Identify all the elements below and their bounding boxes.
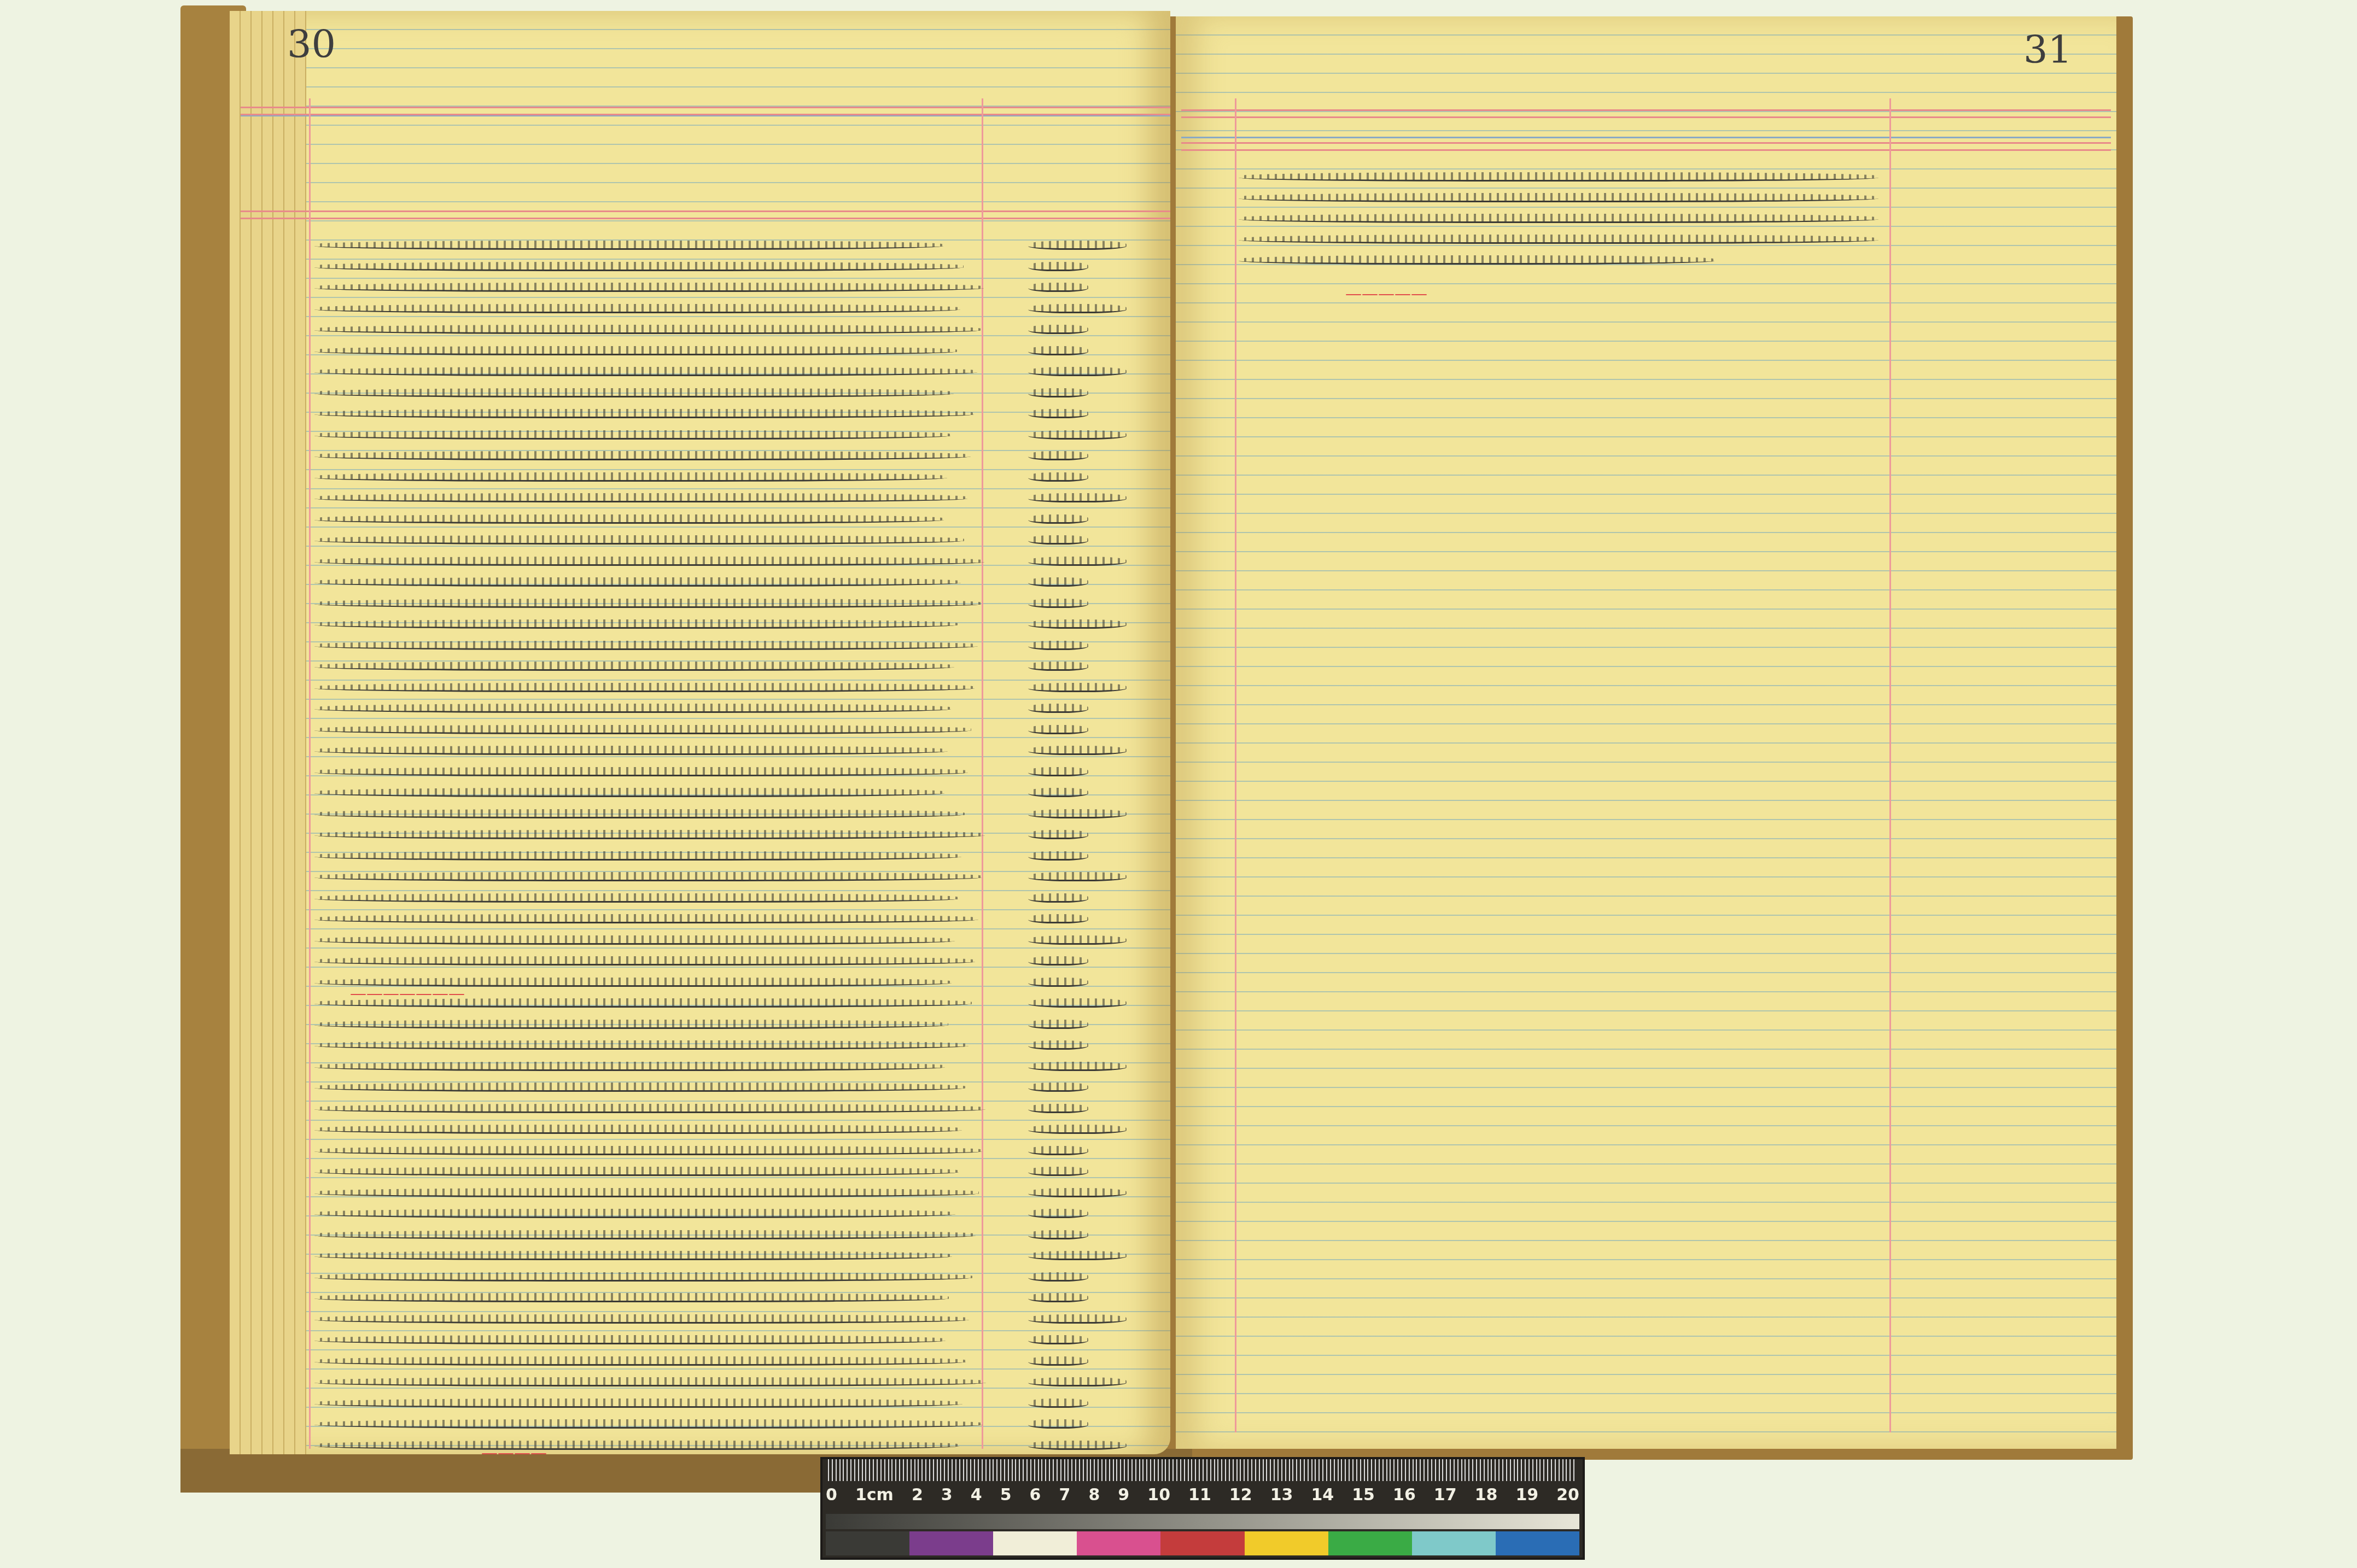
ruler-label: 1cm (855, 1485, 894, 1507)
left-red-footer: ———— (481, 1443, 547, 1462)
color-patch (1077, 1531, 1160, 1555)
handwritten-line (314, 725, 971, 734)
ruler-label: 15 (1352, 1485, 1375, 1507)
amount-entry (1028, 1441, 1127, 1450)
color-patch (1328, 1531, 1412, 1555)
handwritten-line (314, 1104, 985, 1113)
amount-entry (1028, 493, 1127, 502)
amount-entry (1028, 998, 1127, 1008)
amount-entry (1028, 809, 1127, 818)
color-patch (1160, 1531, 1244, 1555)
page-edges (230, 11, 306, 1454)
color-patch (909, 1531, 993, 1555)
amount-entry (1028, 1293, 1088, 1302)
handwritten-line (314, 1441, 959, 1450)
amount-entry (1028, 683, 1127, 692)
amount-entry (1028, 935, 1127, 945)
amount-entry (1028, 893, 1088, 903)
handwritten-line (314, 872, 982, 881)
ruler-label: 3 (941, 1485, 953, 1507)
amount-entry (1028, 283, 1088, 292)
amount-entry (1028, 262, 1088, 271)
amount-entry (1028, 1125, 1127, 1134)
right-red-signature: ————— (1345, 284, 1427, 303)
amount-entry (1028, 1399, 1088, 1408)
handwritten-line (314, 1230, 976, 1239)
handwritten-line (314, 1314, 969, 1324)
amount-entry (1028, 725, 1088, 734)
left-page-number: 30 (287, 22, 336, 67)
amount-entry (1028, 1209, 1088, 1218)
amount-entry (1028, 830, 1088, 839)
ruler-label: 0 (826, 1485, 837, 1507)
amount-entry (1028, 1272, 1088, 1282)
handwritten-line (314, 830, 985, 839)
amount-entry (1028, 599, 1088, 608)
right-page-number: 31 (2023, 27, 2072, 72)
handwritten-line (314, 788, 944, 797)
handwritten-line (314, 409, 974, 418)
amount-entry (1028, 662, 1088, 671)
amount-entry (1028, 1083, 1088, 1092)
handwritten-line (314, 367, 977, 376)
handwritten-line (314, 1083, 965, 1092)
handwritten-line (314, 641, 978, 650)
ruler-label: 13 (1270, 1485, 1293, 1507)
handwritten-line (314, 1293, 949, 1302)
grayscale-strip (826, 1514, 1579, 1529)
handwritten-line (314, 514, 944, 524)
amount-entry (1028, 704, 1088, 713)
handwritten-line (1239, 214, 1878, 223)
ruler-label: 2 (912, 1485, 923, 1507)
ruler-label: 7 (1059, 1485, 1071, 1507)
amount-entry (1028, 304, 1127, 313)
handwritten-line (314, 683, 975, 692)
handwritten-line (314, 599, 981, 608)
handwritten-line (314, 1020, 948, 1029)
scale-ruler: 01cm234567891011121314151617181920 (820, 1457, 1585, 1560)
amount-entry (1028, 619, 1127, 629)
amount-entry (1028, 1040, 1088, 1050)
amount-entry (1028, 1020, 1088, 1029)
color-patch (993, 1531, 1077, 1555)
amount-entry (1028, 1377, 1127, 1386)
handwritten-line (314, 1209, 955, 1218)
amount-entry (1028, 430, 1127, 440)
right-column-line (1889, 98, 1891, 1432)
amount-entry (1028, 851, 1088, 861)
handwritten-line (314, 1356, 966, 1366)
left-red-section-heading: ——————— (350, 984, 465, 1003)
handwritten-line (314, 557, 984, 566)
handwritten-line (314, 388, 954, 397)
amount-entry (1028, 388, 1088, 397)
color-patch (1245, 1531, 1328, 1555)
handwritten-line (314, 893, 958, 903)
ruler-label: 17 (1434, 1485, 1457, 1507)
handwritten-line (314, 430, 950, 440)
handwritten-line (314, 809, 965, 818)
handwritten-line (314, 1377, 986, 1386)
amount-entry (1028, 577, 1088, 587)
handwritten-line (1239, 193, 1878, 202)
amount-entry (1028, 767, 1088, 776)
handwritten-line (314, 935, 955, 945)
ruler-label: 12 (1229, 1485, 1252, 1507)
ruler-label: 4 (971, 1485, 982, 1507)
handwritten-line (314, 493, 967, 502)
amount-entry (1028, 746, 1127, 755)
handwritten-line (314, 472, 947, 482)
amount-entry (1028, 1419, 1088, 1429)
color-patches (826, 1531, 1579, 1555)
handwritten-line (314, 325, 981, 334)
handwritten-line (314, 262, 964, 271)
handwritten-line (314, 283, 984, 292)
handwritten-line (1239, 172, 1878, 182)
amount-entry (1028, 1314, 1127, 1324)
amount-entry (1028, 1356, 1088, 1366)
handwritten-line (1239, 255, 1714, 265)
handwritten-line (314, 241, 943, 250)
right-margin-line (1235, 98, 1236, 1432)
handwritten-line (314, 1251, 952, 1260)
amount-entry (1028, 788, 1088, 797)
ruler-label: 5 (1000, 1485, 1012, 1507)
handwritten-line (314, 914, 978, 923)
amount-entry (1028, 1188, 1127, 1197)
amount-entry (1028, 914, 1088, 923)
handwritten-line (314, 1125, 962, 1134)
amount-entry (1028, 1251, 1127, 1260)
amount-entry (1028, 409, 1088, 418)
amount-entry (1028, 872, 1127, 881)
ruler-label: 9 (1118, 1485, 1129, 1507)
handwritten-line (314, 746, 948, 755)
handwritten-line (314, 1335, 946, 1344)
handwritten-line (314, 535, 964, 545)
handwritten-line (314, 1188, 979, 1197)
handwritten-line (314, 704, 951, 713)
handwritten-line (314, 767, 968, 776)
handwritten-line (314, 1062, 945, 1071)
amount-entry (1028, 367, 1127, 376)
handwritten-line (314, 304, 960, 313)
handwritten-line (314, 577, 961, 587)
color-patch (1412, 1531, 1496, 1555)
ruler-label: 18 (1475, 1485, 1498, 1507)
handwritten-line (314, 1040, 969, 1050)
amount-entry (1028, 1335, 1088, 1344)
handwritten-line (314, 851, 961, 861)
handwritten-line (314, 451, 971, 460)
amount-entry (1028, 346, 1088, 355)
handwritten-line (314, 956, 975, 966)
handwritten-line (314, 619, 958, 629)
amount-entry (1028, 1062, 1127, 1071)
amount-entry (1028, 1146, 1088, 1155)
amount-entry (1028, 641, 1088, 650)
ruler-ticks (828, 1459, 1577, 1481)
handwritten-line (314, 1272, 972, 1282)
ruler-label: 16 (1393, 1485, 1416, 1507)
handwritten-line (314, 1399, 962, 1408)
amount-entry (1028, 535, 1088, 545)
amount-entry (1028, 472, 1088, 482)
right-page (1176, 16, 2116, 1449)
handwritten-line (314, 1419, 983, 1429)
amount-entry (1028, 325, 1088, 334)
amount-entry (1028, 1104, 1088, 1113)
color-patch (1496, 1531, 1579, 1555)
right-red-rule-bottom (1181, 142, 2111, 151)
ruler-labels: 01cm234567891011121314151617181920 (822, 1485, 1583, 1507)
ruler-label: 20 (1556, 1485, 1579, 1507)
ruler-label: 11 (1188, 1485, 1211, 1507)
handwritten-line (314, 346, 957, 355)
ruler-label: 6 (1030, 1485, 1041, 1507)
left-margin-line (309, 98, 311, 1449)
amount-entry (1028, 557, 1127, 566)
right-header-rule (1181, 115, 2111, 138)
amount-entry (1028, 978, 1088, 987)
ruler-label: 14 (1311, 1485, 1334, 1507)
ruler-label: 10 (1147, 1485, 1170, 1507)
handwritten-line (1239, 235, 1878, 244)
color-patch (826, 1531, 909, 1555)
amount-entry (1028, 451, 1088, 460)
amount-entry (1028, 1230, 1088, 1239)
ruler-label: 19 (1515, 1485, 1538, 1507)
amount-entry (1028, 241, 1127, 250)
amount-entry (1028, 1167, 1088, 1176)
left-column-line (982, 98, 983, 1449)
left-red-rule-bottom (241, 210, 1170, 219)
amount-entry (1028, 514, 1088, 524)
handwritten-line (314, 662, 954, 671)
amount-entry (1028, 956, 1088, 966)
right-red-rule-top (1181, 109, 2111, 118)
handwritten-line (314, 1146, 982, 1155)
handwritten-line (314, 1167, 959, 1176)
left-red-rule-top (241, 107, 1170, 115)
ruler-label: 8 (1088, 1485, 1100, 1507)
